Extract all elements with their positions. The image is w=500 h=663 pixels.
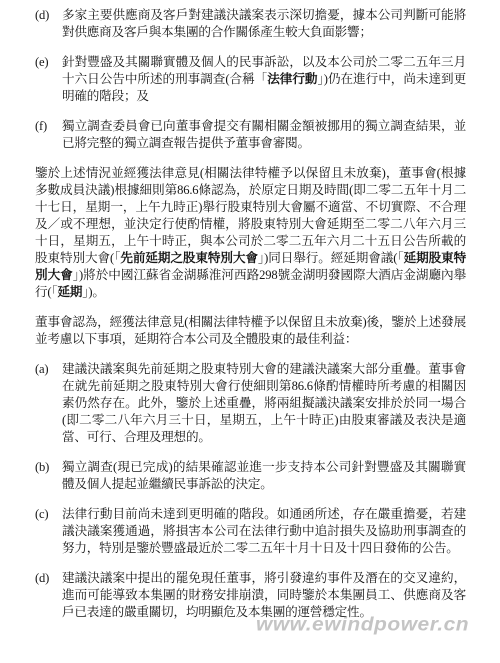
list-item: (e)針對豐盛及其關聯實體及個人的民事訴訟，以及本公司於二零二五年三月十六日公告…	[35, 54, 466, 105]
paragraph-text: 董事會認為，經獲法律意見(相關法律特權予以保留且未放棄)後，鑒於上述發展並考慮以…	[35, 314, 466, 348]
announcement-page: (d)多家主要供應商及客戶對建議決議案表示深切擔憂，據本公司判斷可能將對供應商及…	[0, 0, 500, 663]
paragraph-text: 多家主要供應商及客戶對建議決議案表示深切擔憂，據本公司判斷可能將對供應商及客戶與…	[62, 7, 466, 41]
list-item-label: (f)	[35, 118, 62, 152]
paragraph-text: 針對豐盛及其關聯實體及個人的民事訴訟，以及本公司於二零二五年三月十六日公告中所述…	[62, 54, 466, 105]
list-item-label: (d)	[35, 570, 62, 621]
paragraph-text: 鑒於上述情況並經獲法律意見(相關法律特權予以保留且未放棄)，董事會(根據多數成員…	[35, 165, 466, 301]
document-body: (d)多家主要供應商及客戶對建議決議案表示深切擔憂，據本公司判斷可能將對供應商及…	[35, 7, 466, 621]
list-item-label: (e)	[35, 54, 62, 105]
list-item: (c)法律行動目前尚未達到更明確的階段。如通函所述，存在嚴重擔憂，若建議決議案獲…	[35, 506, 466, 557]
paragraph-text: 獨立調查委員會已向董事會提交有關相關金額被挪用的獨立調查結果，並已將完整的獨立調…	[62, 118, 466, 152]
paragraph: 鑒於上述情況並經獲法律意見(相關法律特權予以保留且未放棄)，董事會(根據多數成員…	[35, 165, 466, 301]
list-item-label: (d)	[35, 7, 62, 41]
paragraph-text: 建議決議案與先前延期之股東特別大會的建議決議案大部分重疊。董事會在就先前延期之股…	[62, 361, 466, 446]
list-item-label: (c)	[35, 506, 62, 557]
list-item: (b)獨立調查(現已完成)的結果確認並進一步支持本公司針對豐盛及其關聯實體及個人…	[35, 459, 466, 493]
paragraph-text: 建議決議案中提出的罷免現任董事，將引發違約事件及潛在的交叉違約，進而可能導致本集…	[62, 570, 466, 621]
paragraph-text: 獨立調查(現已完成)的結果確認並進一步支持本公司針對豐盛及其關聯實體及個人提起並…	[62, 459, 466, 493]
list-item-label: (a)	[35, 361, 62, 446]
list-item: (d)建議決議案中提出的罷免現任董事，將引發違約事件及潛在的交叉違約，進而可能導…	[35, 570, 466, 621]
paragraph-text: 法律行動目前尚未達到更明確的階段。如通函所述，存在嚴重擔憂，若建議決議案獲通過，…	[62, 506, 466, 557]
paragraph: 董事會認為，經獲法律意見(相關法律特權予以保留且未放棄)後，鑒於上述發展並考慮以…	[35, 314, 466, 348]
list-item-label: (b)	[35, 459, 62, 493]
list-item: (d)多家主要供應商及客戶對建議決議案表示深切擔憂，據本公司判斷可能將對供應商及…	[35, 7, 466, 41]
list-item: (a)建議決議案與先前延期之股東特別大會的建議決議案大部分重疊。董事會在就先前延…	[35, 361, 466, 446]
list-item: (f)獨立調查委員會已向董事會提交有關相關金額被挪用的獨立調查結果，並已將完整的…	[35, 118, 466, 152]
